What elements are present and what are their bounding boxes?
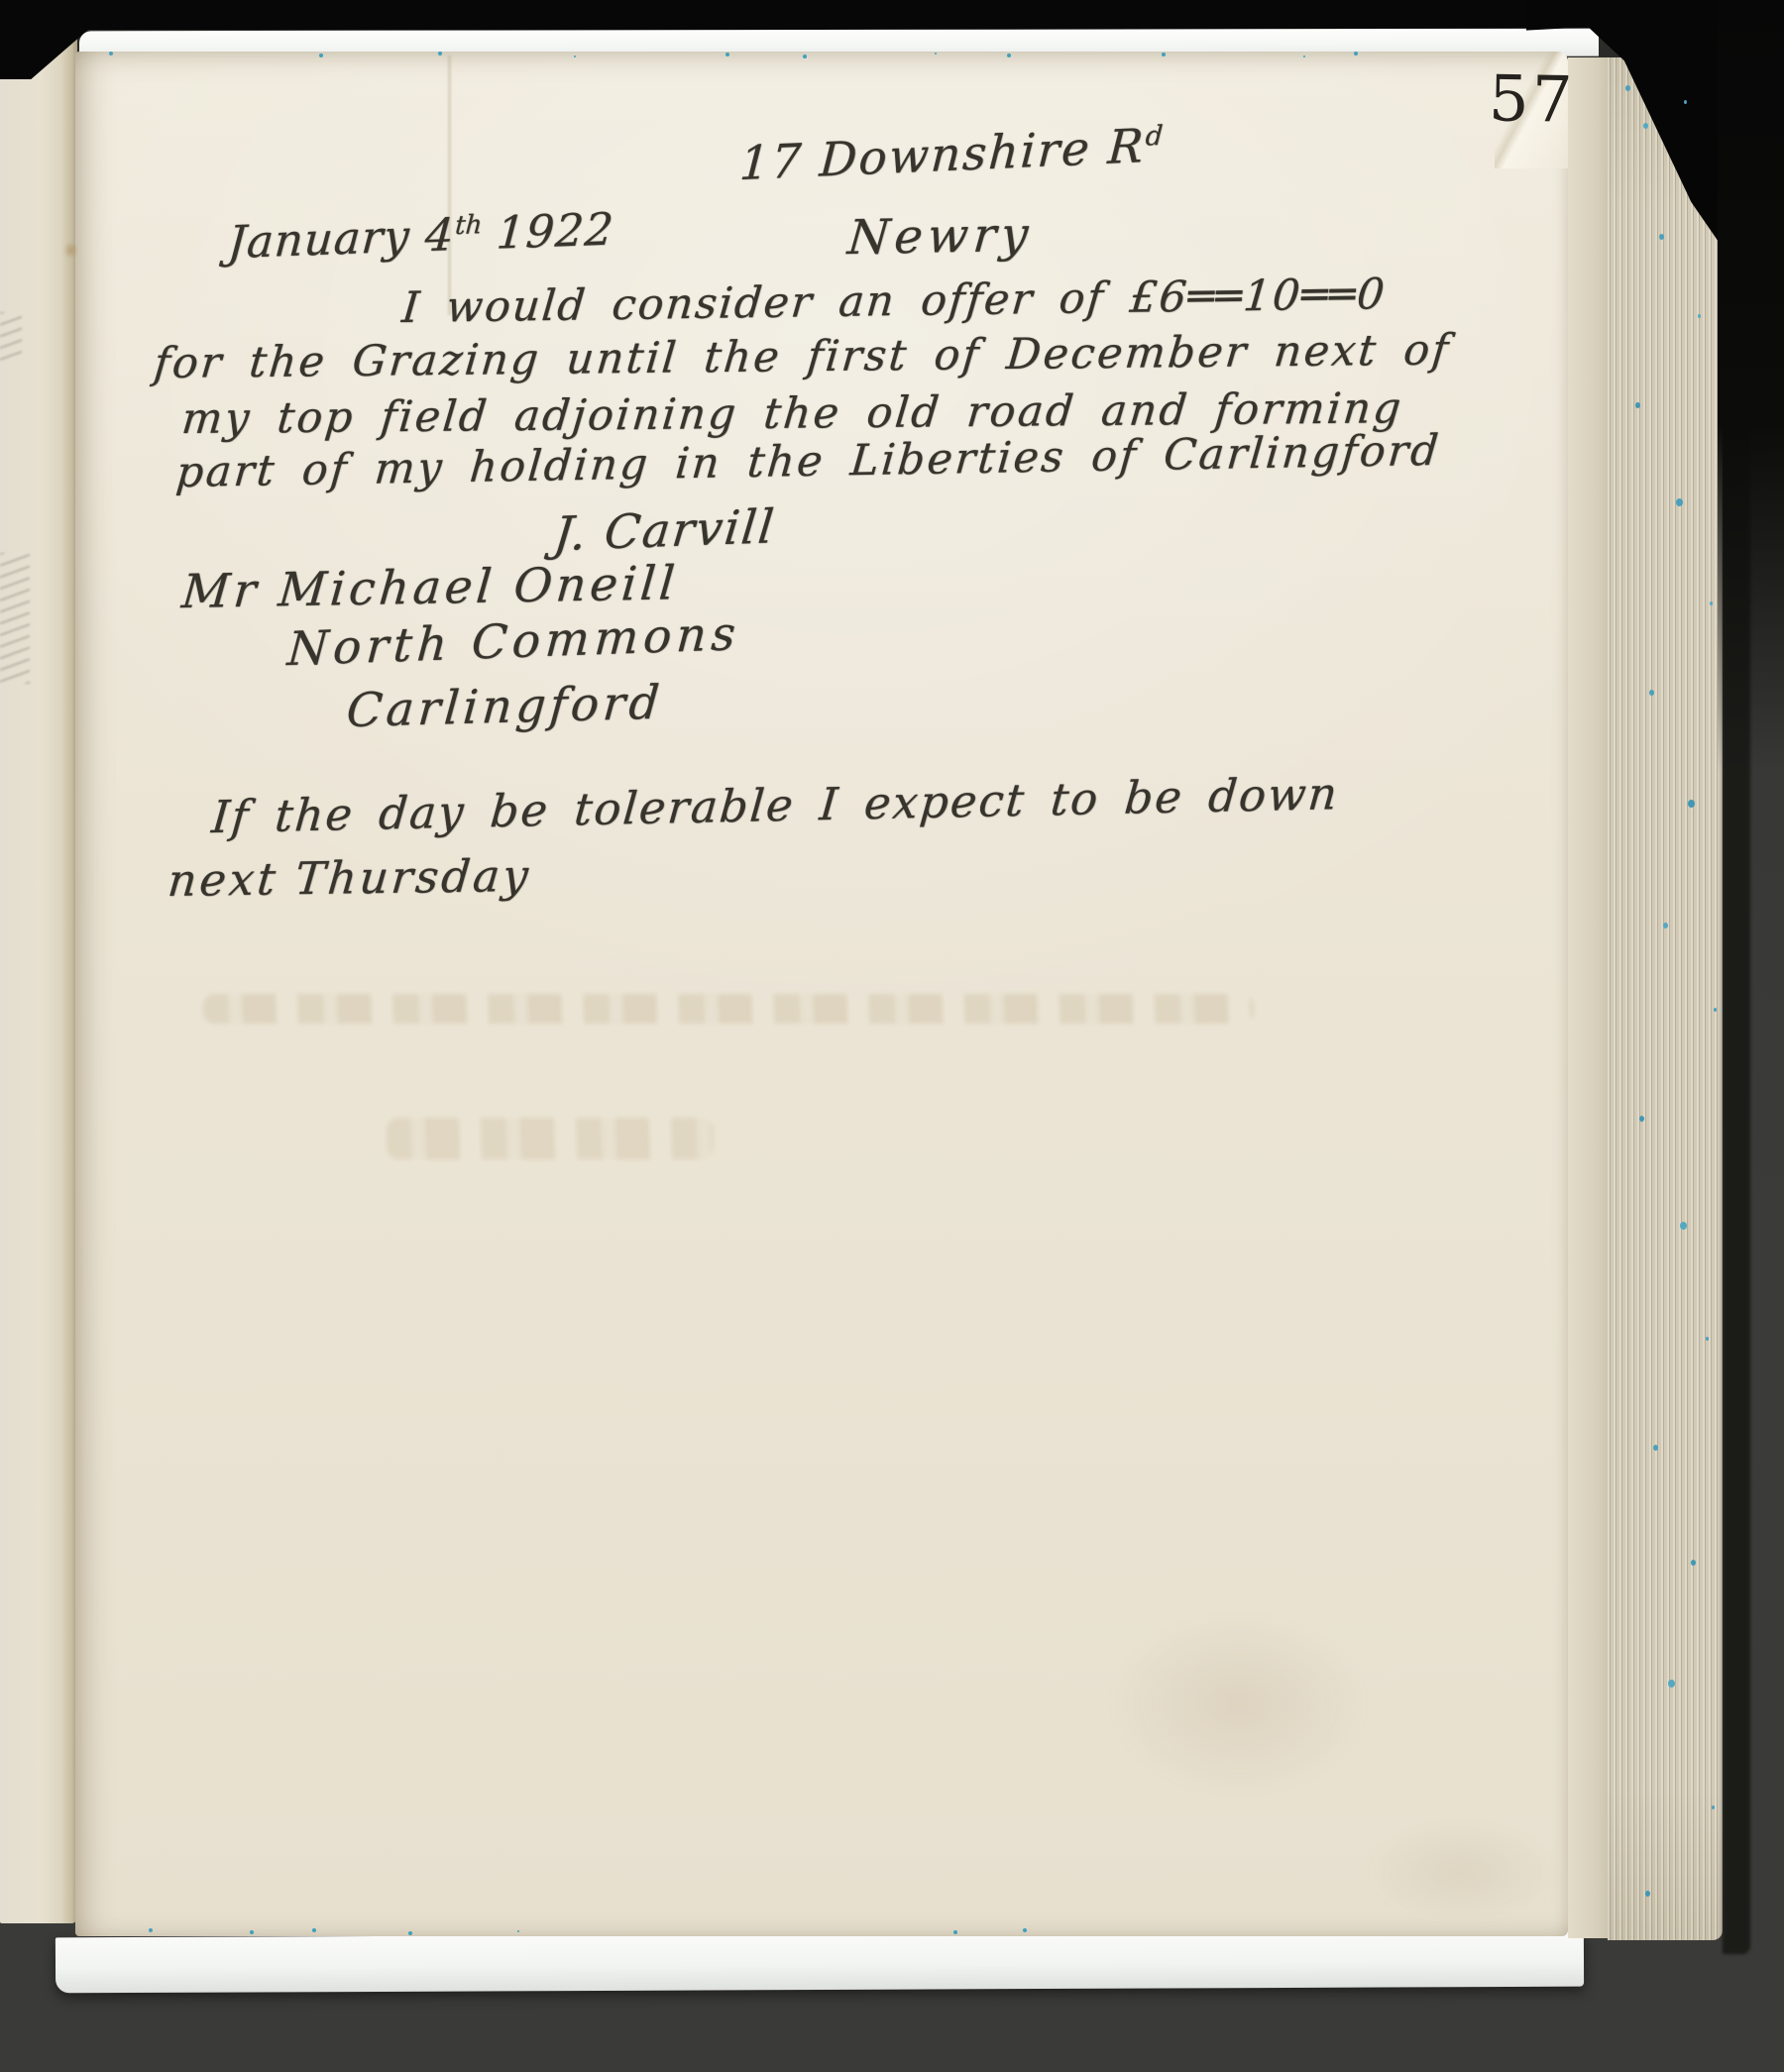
postscript-line-2: next Thursday bbox=[166, 849, 533, 907]
paper-stain bbox=[1368, 1823, 1556, 1922]
recipient-name: Mr Michael Oneill bbox=[179, 556, 681, 619]
address-line-2: Newry bbox=[845, 207, 1035, 266]
top-edge-speckles bbox=[109, 52, 113, 55]
date-suffix: 1922 bbox=[480, 202, 615, 260]
paper-stain bbox=[1110, 1615, 1368, 1794]
book-page-stack bbox=[1608, 57, 1723, 1940]
date-prefix: January 4 bbox=[226, 208, 456, 269]
bottom-edge-speckles bbox=[149, 1928, 153, 1932]
book-scan: 57 17 Downshire Rd Newry January 4th 192… bbox=[0, 0, 1784, 2072]
signature: J. Carvill bbox=[551, 499, 778, 562]
bleed-through-text bbox=[387, 1118, 714, 1159]
page-number: 57 bbox=[1488, 62, 1576, 138]
page-fore-edge bbox=[1568, 57, 1608, 1938]
recipient-address-2: Carlingford bbox=[345, 676, 665, 738]
previous-page-edge bbox=[0, 26, 77, 1923]
fore-edge-speckles bbox=[1625, 85, 1630, 91]
bottom-white-sheet-edge bbox=[56, 1931, 1584, 1994]
address-line-1-superscript: d bbox=[1145, 121, 1164, 153]
background-right-shadow bbox=[1718, 0, 1784, 773]
bleed-through-text bbox=[203, 994, 1254, 1024]
background-top-band bbox=[0, 0, 1784, 30]
date-superscript: th bbox=[454, 210, 483, 241]
page-crease bbox=[448, 55, 451, 315]
left-page-pencil-mark bbox=[0, 553, 30, 684]
left-page-pencil-mark bbox=[0, 312, 22, 362]
gutter-stain-dot bbox=[63, 242, 78, 259]
